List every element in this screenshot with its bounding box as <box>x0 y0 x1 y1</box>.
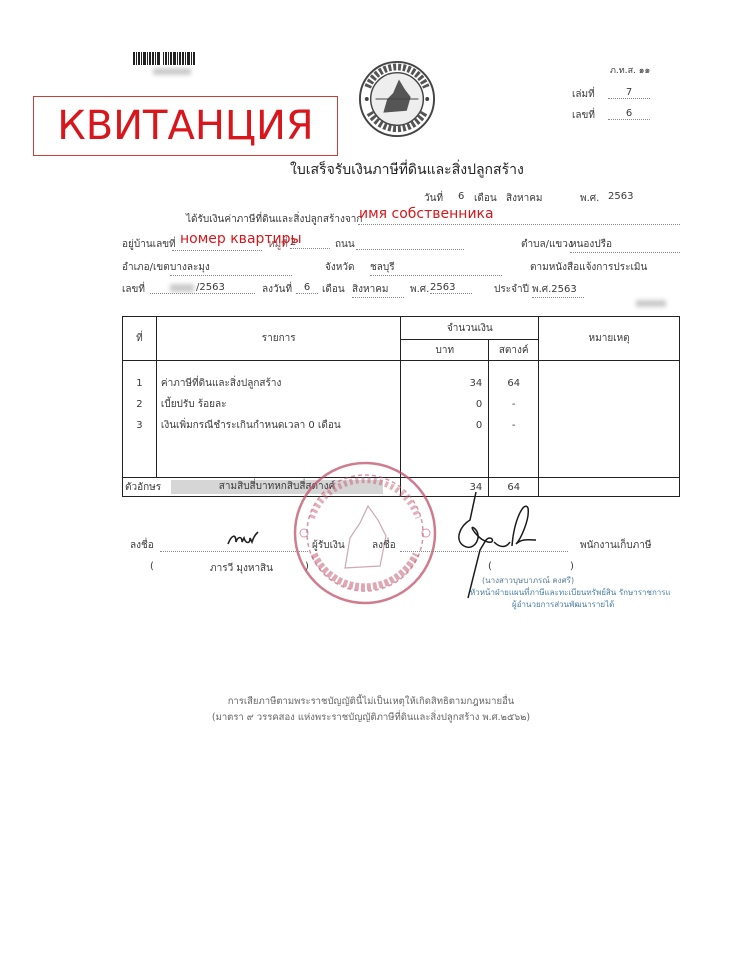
row-satang: - <box>489 394 538 415</box>
municipal-seal-icon <box>358 60 436 138</box>
date-month: สิงหาคม <box>506 191 542 206</box>
row-no: 1 <box>123 373 156 394</box>
house-no-label: อยู่บ้านเลขที่ <box>122 237 176 252</box>
redacted-barcode-number <box>153 68 191 75</box>
form-code: ภ.ท.ส. ๑๑ <box>610 63 650 77</box>
dated-year: 2563 <box>430 282 472 294</box>
receipt-no: 6 <box>608 108 650 120</box>
receipt-overlay-label: КВИТАНЦИЯ <box>33 96 338 156</box>
collector-role: พนักงานเก็บภาษี <box>580 538 651 553</box>
received-from-label: ได้รับเงินค่าภาษีที่ดินและสิ่งปลูกสร้างจ… <box>186 212 362 227</box>
row-no: 2 <box>123 394 156 415</box>
receiver-sign-line <box>160 551 308 552</box>
district-label: อำเภอ/เขต <box>122 260 170 275</box>
date-day-label: วันที่ <box>424 191 443 206</box>
col-header-amount: จำนวนเงิน <box>401 317 539 340</box>
row-satang-values: 64 - - <box>489 361 539 478</box>
assessment-label: ตามหนังสือแจ้งการประเมิน <box>530 260 647 275</box>
sign-label-collector: ลงชื่อ <box>372 538 396 553</box>
legal-notice-line1: การเสียภาษีตามพระราชบัญญัตินี้ไม่เป็นเหต… <box>0 694 742 709</box>
collector-title-2: ผู้อำนวยการส่วนพัฒนารายได้ <box>512 598 672 611</box>
row-no: 3 <box>123 415 156 436</box>
province-label: จังหวัด <box>325 260 354 275</box>
row-satang: 64 <box>489 373 538 394</box>
row-satang: - <box>489 415 538 436</box>
sign-label-receiver: ลงชื่อ <box>130 538 154 553</box>
col-header-baht: บาท <box>401 340 489 361</box>
total-label: ตัวอักษร <box>125 482 161 493</box>
row-baht: 34 <box>401 373 482 394</box>
province-value: ชลบุรี <box>370 260 502 276</box>
row-remarks <box>539 361 680 478</box>
subdistrict-label: ตำบล/แขวง <box>521 237 573 252</box>
receipt-no-label: เลขที่ <box>572 108 595 123</box>
row-item: เบี้ยปรับ ร้อยละ <box>161 394 401 415</box>
dated-month-label: เดือน <box>322 282 345 297</box>
receiver-role: ผู้รับเงิน <box>312 538 345 553</box>
row-baht: 0 <box>401 415 482 436</box>
dated-label: ลงวันที่ <box>262 282 292 297</box>
col-header-remark: หมายเหตุ <box>539 317 680 361</box>
ref-no-value: /2563 <box>150 282 255 294</box>
row-baht: 0 <box>401 394 482 415</box>
ref-no-label: เลขที่ <box>122 282 145 297</box>
col-header-item: รายการ <box>156 317 401 361</box>
collector-open-paren: ( <box>488 561 492 572</box>
row-item: ค่าภาษีที่ดินและสิ่งปลูกสร้าง <box>161 373 401 394</box>
district-value: บางละมุง <box>170 260 292 276</box>
total-remark <box>539 478 680 497</box>
collector-close-paren: ) <box>570 561 574 572</box>
date-month-label: เดือน <box>474 191 497 206</box>
legal-notice-line2: (มาตรา ๙ วรรคสอง แห่งพระราชบัญญัติภาษีที… <box>0 710 742 725</box>
date-year-label: พ.ศ. <box>580 191 599 206</box>
receiver-name: ภารวี มุงหาสิน <box>210 561 273 576</box>
date-day: 6 <box>458 191 464 202</box>
road-label: ถนน <box>335 237 355 252</box>
date-year: 2563 <box>608 191 633 202</box>
dated-month: สิงหาคม <box>352 282 404 298</box>
book-no: 7 <box>608 87 650 99</box>
col-header-no: ที่ <box>123 317 157 361</box>
book-no-label: เล่มที่ <box>572 87 595 102</box>
barcode-icon <box>133 52 211 65</box>
house-no-overlay: номер квартиры <box>180 231 302 247</box>
official-stamp-icon <box>290 458 440 608</box>
receiver-open-paren: ( <box>150 561 154 572</box>
road-value <box>356 237 464 250</box>
dated-day: 6 <box>296 282 318 294</box>
row-item: เงินเพิ่มกรณีชำระเกินกำหนดเวลา 0 เดือน <box>161 415 401 436</box>
owner-overlay: имя собственника <box>359 206 494 222</box>
tax-year-label: ประจำปี <box>494 282 529 297</box>
owner-field-line <box>358 224 680 225</box>
receiver-close-paren: ) <box>305 561 309 572</box>
tax-year: พ.ศ.2563 <box>532 282 584 298</box>
dated-year-label: พ.ศ. <box>410 282 429 297</box>
receiver-signature-icon <box>226 528 266 550</box>
house-no-line <box>172 250 262 251</box>
redacted-code <box>636 300 666 307</box>
document-title: ใบเสร็จรับเงินภาษีที่ดินและสิ่งปลูกสร้าง <box>290 159 524 181</box>
subdistrict-value: หนองปรือ <box>570 237 680 253</box>
col-header-satang: สตางค์ <box>489 340 539 361</box>
row-numbers: 1 2 3 <box>123 361 157 478</box>
overlay-label-text: КВИТАНЦИЯ <box>57 103 313 149</box>
